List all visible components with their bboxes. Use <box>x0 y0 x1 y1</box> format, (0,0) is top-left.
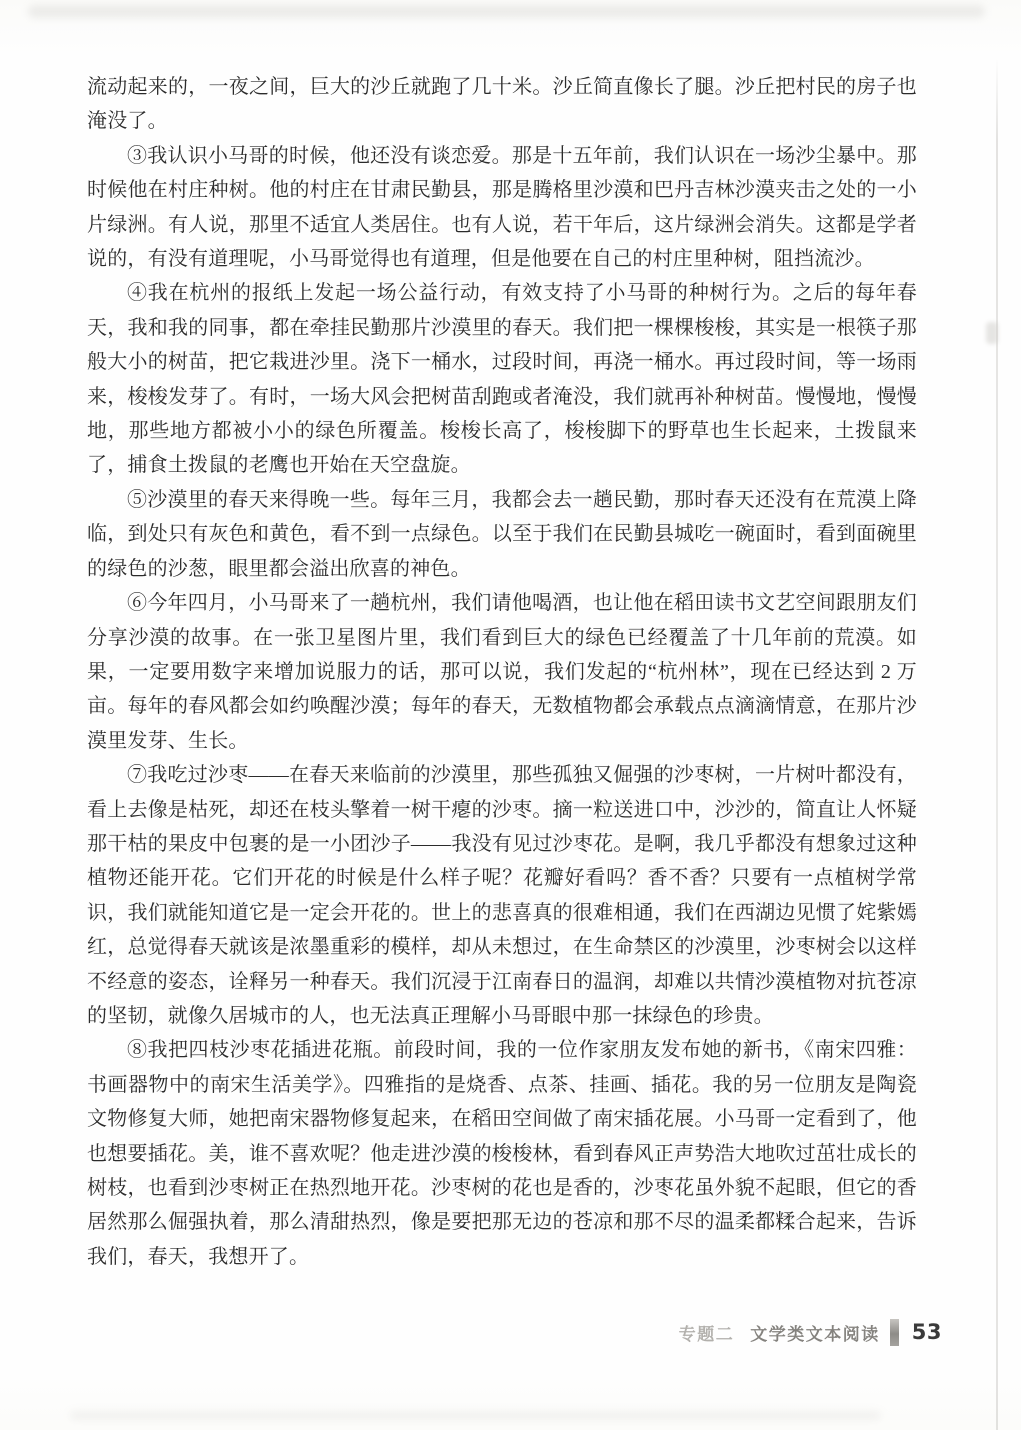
footer-section-label: 专题二 <box>679 1320 735 1345</box>
footer-section-title: 文学类文本阅读 <box>750 1320 880 1345</box>
paragraph-7: ⑦我吃过沙枣——在春天来临前的沙漠里，那些孤独又倔强的沙枣树，一片树叶都没有，看… <box>87 758 917 1033</box>
scan-artifact-bottom-band <box>70 1411 881 1420</box>
paragraph-6: ⑥今年四月，小马哥来了一趟杭州，我们请他喝酒，也让他在稻田读书文艺空间跟朋友们分… <box>87 586 917 758</box>
paragraph-3: ③我认识小马哥的时候，他还没有谈恋爱。那是十五年前，我们认识在一场沙尘暴中。那时… <box>87 139 917 277</box>
paragraph-4: ④我在杭州的报纸上发起一场公益行动，有效支持了小马哥的种树行为。之后的每年春天，… <box>87 276 917 482</box>
footer-divider-bar <box>890 1319 899 1346</box>
paragraph-5: ⑤沙漠里的春天来得晚一些。每年三月，我都会去一趟民勤，那时春天还没有在荒漠上降临… <box>87 483 917 586</box>
paragraph-continuation: 流动起来的，一夜之间，巨大的沙丘就跑了几十米。沙丘简直像长了腿。沙丘把村民的房子… <box>87 70 917 139</box>
reading-passage: 流动起来的，一夜之间，巨大的沙丘就跑了几十米。沙丘简直像长了腿。沙丘把村民的房子… <box>87 70 917 1274</box>
paragraph-8: ⑧我把四枝沙枣花插进花瓶。前段时间，我的一位作家朋友发布她的新书，《南宋四雅：书… <box>87 1033 917 1274</box>
scanned-document-page: 流动起来的，一夜之间，巨大的沙丘就跑了几十米。沙丘简直像长了腿。沙丘把村民的房子… <box>0 0 1021 1430</box>
scan-artifact-smudge <box>986 322 998 344</box>
page-footer: 专题二 文学类文本阅读 53 <box>679 1316 942 1348</box>
page-number: 53 <box>912 1320 942 1344</box>
scan-artifact-top-band <box>28 5 985 18</box>
scan-artifact-right-edge <box>996 58 998 1430</box>
